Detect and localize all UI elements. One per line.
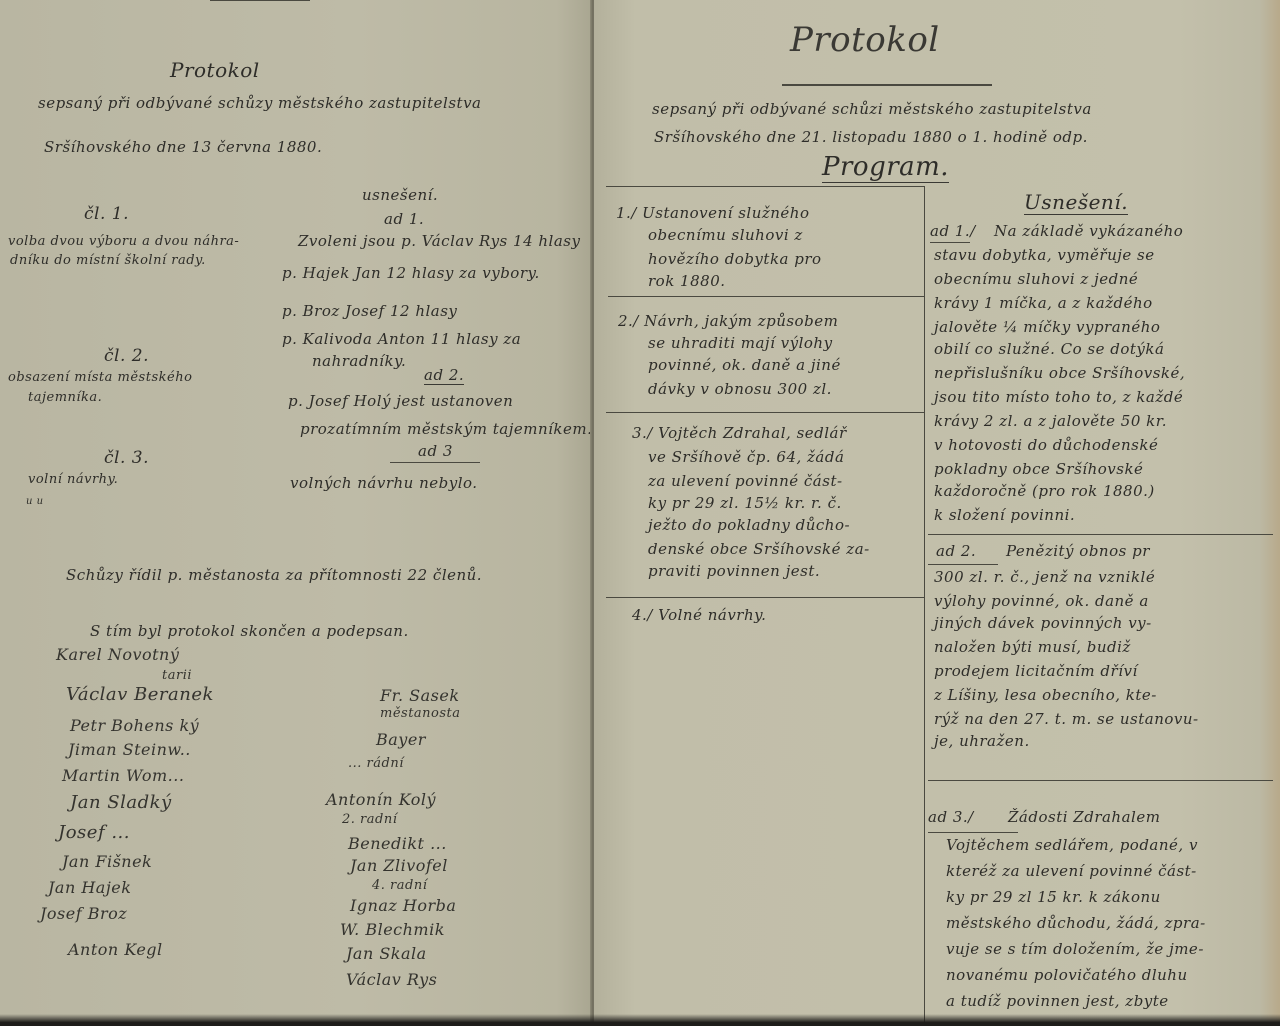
signature: Josef Broz [40,904,127,923]
item-3-res-line1: volných návrhu nebylo. [290,474,478,492]
resolution-3-line: ky pr 29 zl 15 kr. k zákonu [946,888,1161,906]
program-item-2-line: se uhraditi mají výlohy [648,334,833,352]
item-2-label: čl. 2. [104,346,149,366]
program-item-2-line: povinné, ok. daně a jiné [648,356,841,374]
ad1-rule [930,242,970,243]
program-item-1-line: hovězího dobytka pro [648,250,822,268]
item-1-res-line3: p. Broz Josef 12 hlasy [282,302,457,320]
row-rule [608,296,924,297]
resolution-1-line: pokladny obce Sršíhovské [934,460,1143,478]
signature: Jan Hajek [48,878,131,897]
resolution-1-line: obecnímu sluhovi z jedné [934,270,1138,288]
resolution-1-line: jalověte ¼ míčky vypraného [934,318,1160,336]
program-item-3-line: za ulevení povinné část- [648,472,843,490]
ad3-rule [928,832,1018,833]
resolution-3-line: Žádosti Zdrahalem [1008,808,1160,826]
signature-title: 4. radní [372,878,427,893]
item-3-text-line1: volní návrhy. [28,472,118,487]
signature: Jiman Steinw.. [68,740,191,759]
program-item-3-line: ky pr 29 zl. 15½ kr. r. č. [648,494,842,512]
program-item-2-line: 2./ Návrh, jakým způsobem [618,312,838,330]
signature: Benedikt ... [348,834,447,853]
item-1-label: čl. 1. [84,204,129,224]
signature: Jan Skala [346,944,427,963]
resolution-3-line: kteréž za ulevení povinné část- [946,862,1197,880]
item-2-ad: ad 2. [424,366,464,385]
resolution-2-line: z Líšiny, lesa obecního, kte- [934,686,1157,704]
signature-title: 2. radní [342,812,397,827]
program-top-rule [606,186,924,187]
program-heading: Program. [822,152,949,183]
resolution-1-ad: ad 1./ [930,222,976,240]
title-underline [782,84,992,86]
program-item-3-line: ježto do pokladny důcho- [648,516,850,534]
right-page: Protokol sepsaný při odbývané schůzi měs… [594,0,1280,1026]
column-divider [924,186,925,1026]
ad3-rule [390,462,480,463]
resolution-1-line: obilí co služné. Co se dotýká [934,340,1164,358]
closing-line1: Schůzy řídil p. městanosta za přítomnost… [66,566,482,584]
item-1-text-line2: dníku do místní školní rady. [10,253,206,268]
program-item-3-line: denské obce Sršíhovské za- [648,540,870,558]
resolution-1-line: každoročně (pro rok 1880.) [934,482,1155,500]
resolution-1-line: v hotovosti do důchodenské [934,436,1158,454]
item-2-res-line1: p. Josef Holý jest ustanoven [288,392,513,410]
item-1-ad: ad 1. [384,210,424,228]
program-item-4-line: 4./ Volné návrhy. [632,606,766,624]
resolution-1-line: k složení povinni. [934,506,1075,524]
item-2-text-line1: obsazení místa městského [8,370,192,385]
resolution-2-line: je, uhražen. [934,732,1030,750]
item-1-text-line1: volba dvou výboru a dvou náhra- [8,234,239,249]
program-item-1-line: obecnímu sluhovi z [648,226,803,244]
resolution-1-line: stavu dobytka, vyměřuje se [934,246,1155,264]
resolution-2-line: jiných dávek povinných vy- [934,614,1152,632]
resolution-2-line: 300 zl. r. č., jenž na vzniklé [934,568,1155,586]
row-rule [606,597,924,598]
right-intro-line2: Sršíhovského dne 21. listopadu 1880 o 1.… [654,128,1088,146]
resolution-3-line: městského důchodu, žádá, zpra- [946,914,1206,932]
signature: Jan Sladký [70,792,172,813]
item-1-res-line2: p. Hajek Jan 12 hlasy za vybory. [282,264,540,282]
signature: Ignaz Horba [350,896,456,915]
resolution-2-line: prodejem licitačním dříví [934,662,1138,680]
resolution-3-line: vuje se s tím doložením, že jme- [946,940,1204,958]
left-intro-line1: sepsaný při odbývané schůzy městského za… [38,94,481,112]
left-page: Protokol sepsaný při odbývané schůzy měs… [0,0,592,1026]
resolution-1-line: jsou tito místo toho to, z každé [934,388,1183,406]
item-3-label: čl. 3. [104,448,149,468]
page-bottom-shadow [0,1014,1280,1026]
row-rule [606,412,924,413]
resolution-3-ad: ad 3./ [928,808,974,826]
signature: Josef ... [58,822,130,843]
signature-note: tarii [162,668,192,683]
right-title: Protokol [790,20,940,60]
program-item-3-line: praviti povinnen jest. [648,562,820,580]
item-2-text-line2: tajemníka. [28,390,102,405]
program-item-3-line: ve Sršíhově čp. 64, žádá [648,448,844,466]
resolution-2-line: Penězitý obnos pr [1006,542,1150,560]
resolution-1-line: Na základě vykázaného [994,222,1183,240]
signature: Karel Novotný [56,645,179,664]
ad2-rule [928,564,998,565]
closing-line2: S tím byl protokol skončen a podepsan. [90,622,409,640]
resolution-2-line: naložen býti musí, budiž [934,638,1131,656]
signature-title: městanosta [380,706,461,721]
program-item-2-line: dávky v obnosu 300 zl. [648,380,832,398]
right-intro-line1: sepsaný při odbývané schůzi městského za… [652,100,1092,118]
signature: Martin Wom... [62,766,184,785]
res-rule [928,534,1273,535]
item-1-res-line5: nahradníky. [312,352,406,370]
signature: Anton Kegl [68,940,163,959]
resolution-2-line: výlohy povinné, ok. daně a [934,592,1149,610]
item-2-res-line2: prozatímním městským tajemníkem. [300,420,592,438]
resolution-1-line: krávy 2 zl. a z jalověte 50 kr. [934,412,1167,430]
resolution-1-line: krávy 1 míčka, a z každého [934,294,1153,312]
signature: Václav Beranek [66,684,214,705]
res-rule [928,780,1273,781]
left-title: Protokol [170,58,260,82]
signature: Antonín Kolý [326,790,436,809]
signature: Bayer [376,730,426,749]
signature: Jan Fišnek [62,852,152,871]
left-resolutions-heading: usnešení. [362,186,438,204]
program-item-1-line: rok 1880. [648,272,726,290]
left-intro-line2: Sršíhovského dne 13 června 1880. [44,138,322,156]
item-1-res-line1: Zvoleni jsou p. Václav Rys 14 hlasy [298,232,580,250]
item-3-text-line2: u u [26,496,44,507]
program-item-1-line: 1./ Ustanovení služného [616,204,810,222]
signature: Petr Bohens ký [70,716,199,735]
resolution-2-ad: ad 2. [936,542,976,560]
signature: Jan Zlivofel [350,856,448,875]
program-item-3-line: 3./ Vojtěch Zdrahal, sedlář [632,424,847,442]
signature: Fr. Sasek [380,686,460,705]
resolutions-heading: Usnešení. [1024,190,1128,215]
resolution-2-line: rýž na den 27. t. m. se ustanovu- [934,710,1199,728]
signature: ... rádní [348,756,404,771]
resolution-3-line: a tudíž povinnen jest, zbyte [946,992,1169,1010]
top-rule [210,0,310,1]
resolution-3-line: Vojtěchem sedlářem, podané, v [946,836,1198,854]
item-1-res-line4: p. Kalivoda Anton 11 hlasy za [282,330,521,348]
resolution-1-line: nepřislušníku obce Sršíhovské, [934,364,1185,382]
signature: W. Blechmik [340,920,445,939]
resolution-3-line: novanému polovičatého dluhu [946,966,1188,984]
item-3-ad: ad 3 [418,442,453,460]
signature: Václav Rys [346,970,437,989]
